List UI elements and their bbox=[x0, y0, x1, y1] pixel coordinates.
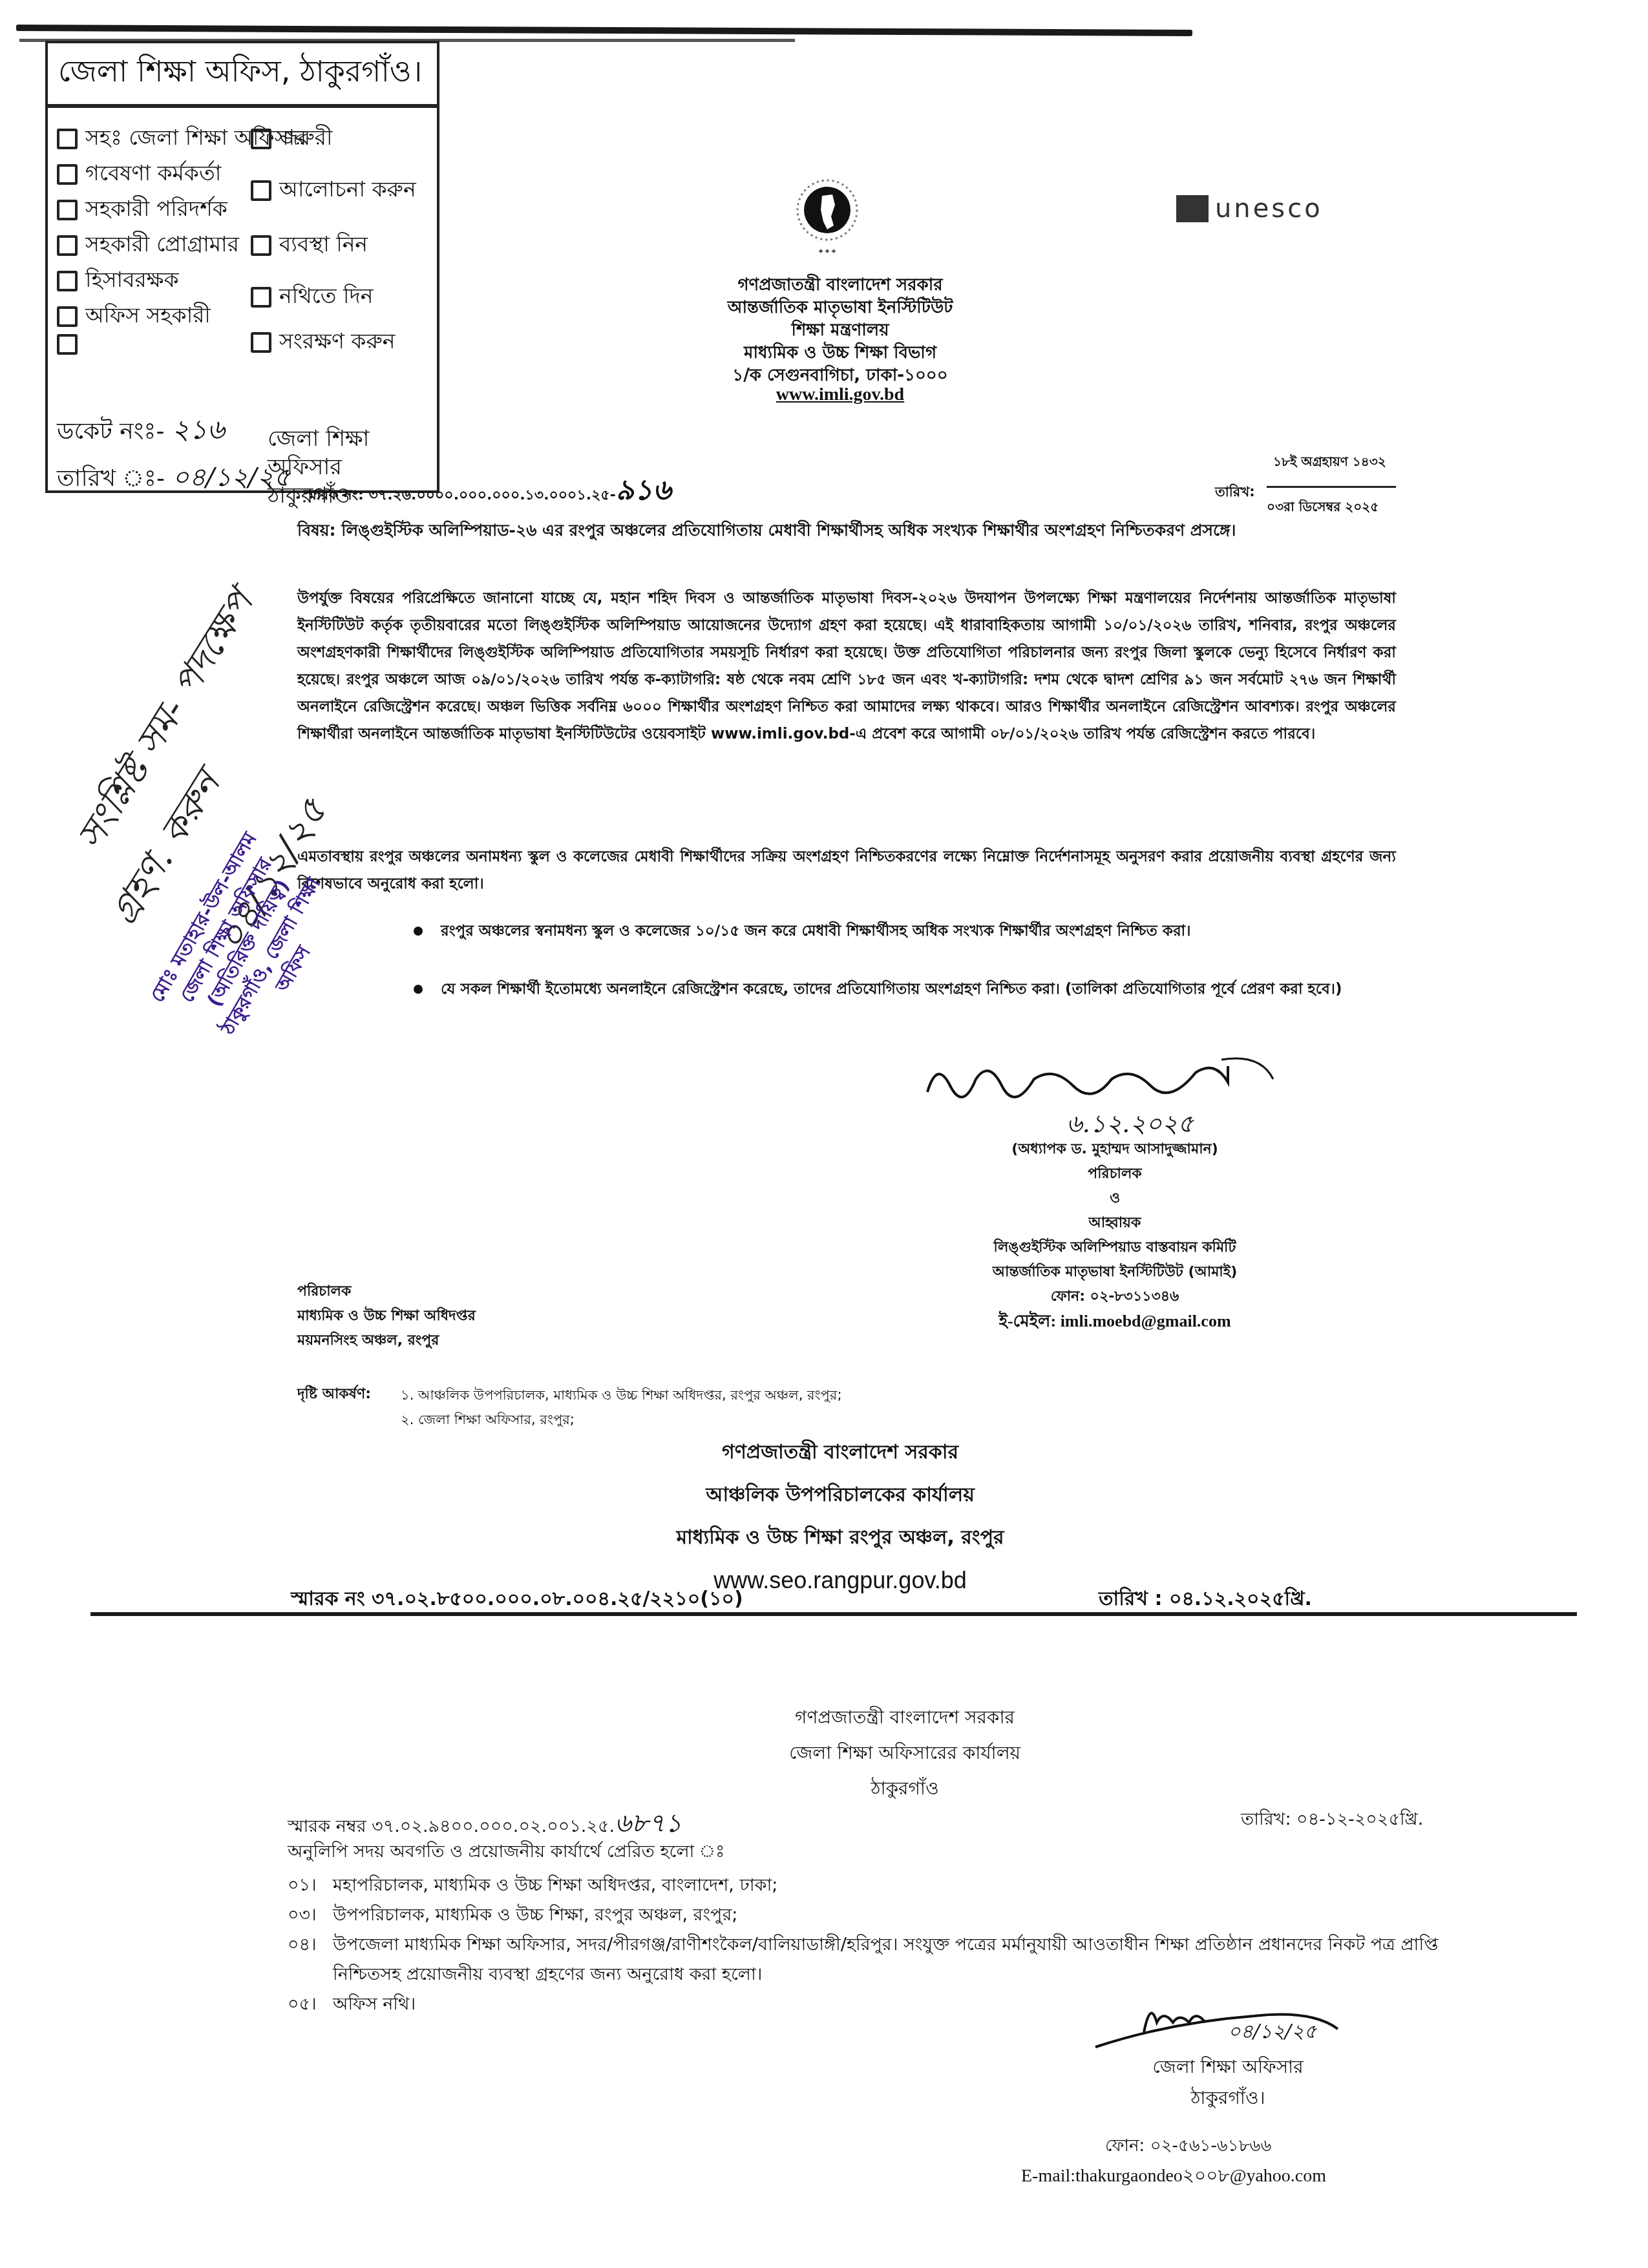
bullet-item: রংপুর অঞ্চলের স্বনামধন্য স্কুল ও কলেজের … bbox=[414, 918, 1396, 945]
bullet-icon bbox=[414, 985, 423, 994]
checkbox-icon[interactable] bbox=[57, 306, 78, 327]
top-border-rule bbox=[16, 25, 1192, 36]
thakurgaon-date: তারিখ: ০৪-১২-২০২৫খ্রি. bbox=[1241, 1806, 1423, 1835]
imli-date-label: তারিখ: bbox=[1215, 481, 1255, 504]
checklist-item[interactable]: সহকারী পরিদর্শক bbox=[57, 192, 227, 228]
checklist-item[interactable]: জরুরী bbox=[251, 121, 332, 157]
checkbox-icon[interactable] bbox=[57, 129, 78, 149]
letter-paragraph-1: উপর্যুক্ত বিষয়ের পরিপ্রেক্ষিতে জানানো য… bbox=[297, 585, 1396, 748]
checkbox-icon[interactable] bbox=[251, 235, 271, 256]
checklist-item[interactable]: গবেষণা কর্মকর্তা bbox=[57, 156, 221, 193]
checklist-item[interactable]: নথিতে দিন bbox=[251, 279, 374, 315]
diary-stamp-title: জেলা শিক্ষা অফিস, ঠাকুরগাঁও। bbox=[48, 43, 437, 108]
checkbox-icon[interactable] bbox=[57, 235, 78, 256]
svg-text:✦✦✦: ✦✦✦ bbox=[818, 247, 837, 256]
section-divider bbox=[90, 1612, 1577, 1616]
rangpur-header: গণপ্রজাতন্ত্রী বাংলাদেশ সরকার আঞ্চলিক উপ… bbox=[517, 1431, 1163, 1602]
letter-paragraph-2: এমতাবস্থায় রংপুর অঞ্চলের অনামধন্য স্কুল… bbox=[297, 843, 1396, 898]
bangladesh-emblem-icon: ✦✦✦ bbox=[795, 171, 860, 268]
recipient-block: পরিচালক মাধ্যমিক ও উচ্চ শিক্ষা অধিদপ্তর … bbox=[297, 1279, 476, 1353]
copy-list-item: ০৩।উপপরিচালক, মাধ্যমিক ও উচ্চ শিক্ষা, রং… bbox=[288, 1900, 1503, 1930]
docket-date: তারিখ ঃ- ০৪/১২/২৫ bbox=[57, 457, 290, 500]
copy-list-item: ০১।মহাপরিচালক, মাধ্যমিক ও উচ্চ শিক্ষা অধ… bbox=[288, 1871, 1503, 1900]
imli-memo-number: স্মারক নং: ৩৭.২৬.০০০০.০০০.০০০.১৩.০০০১.২৫… bbox=[304, 468, 671, 516]
copy-intro: অনুলিপি সদয় অবগতি ও প্রয়োজনীয় কার্যার… bbox=[288, 1838, 725, 1867]
docket-number: ডকেট নংঃ- ২১৬ bbox=[57, 408, 225, 454]
unesco-logo: unesco bbox=[1176, 194, 1323, 224]
copy-list-item: ০৪।উপজেলা মাধ্যমিক শিক্ষা অফিসার, সদর/পী… bbox=[288, 1930, 1503, 1990]
checkbox-icon[interactable] bbox=[251, 129, 271, 149]
checklist-item[interactable]: সংরক্ষণ করুন bbox=[251, 324, 395, 361]
deo-email[interactable]: E-mail:thakurgaondeo২০০৮@yahoo.com bbox=[1021, 2161, 1326, 2192]
director-signature-icon bbox=[924, 1053, 1286, 1105]
attention-list: ১. আঞ্চলিক উপপরিচালক, মাধ্যমিক ও উচ্চ শি… bbox=[401, 1383, 842, 1432]
letterhead-website[interactable]: www.imli.gov.bd bbox=[646, 384, 1034, 405]
letter-subject: বিষয়: লিঙ্গুইস্টিক অলিম্পিয়াড-২৬ এর রং… bbox=[297, 517, 1396, 544]
checkbox-icon[interactable] bbox=[57, 271, 78, 291]
checklist-item[interactable]: সহকারী প্রোগ্রামার bbox=[57, 227, 239, 264]
rangpur-date: তারিখ : ০৪.১২.২০২৫খ্রি. bbox=[1099, 1583, 1312, 1616]
diary-stamp: জেলা শিক্ষা অফিস, ঠাকুরগাঁও। সহঃ জেলা শি… bbox=[45, 41, 439, 493]
deo-phone: ফোন: ০২-৫৬১-৬১৮৬৬ bbox=[1105, 2132, 1271, 2161]
checkbox-icon[interactable] bbox=[251, 332, 271, 353]
checkbox-icon[interactable] bbox=[57, 200, 78, 220]
deo-signatory-block: জেলা শিক্ষা অফিসার ঠাকুরগাঁও। bbox=[1112, 2052, 1344, 2114]
checklist-item[interactable] bbox=[57, 334, 85, 355]
attention-label: দৃষ্টি আকর্ষণ: bbox=[297, 1383, 371, 1407]
imli-date-bangla: ১৮ই অগ্রহায়ণ ১৪৩২ bbox=[1273, 452, 1386, 474]
checkbox-icon[interactable] bbox=[57, 334, 78, 355]
imli-date-english: ০৩রা ডিসেম্বর ২০২৫ bbox=[1267, 498, 1379, 519]
bullet-item: যে সকল শিক্ষার্থী ইতোমধ্যে অনলাইনে রেজিস… bbox=[414, 976, 1396, 1003]
checkbox-icon[interactable] bbox=[251, 180, 271, 201]
checklist-item[interactable]: অফিস সহকারী bbox=[57, 299, 211, 335]
bullet-icon bbox=[414, 927, 423, 936]
deo-signature-date: ০৪/১২/২৫ bbox=[1228, 2016, 1316, 2049]
checklist-item[interactable]: হিসাবরক্ষক bbox=[57, 263, 179, 299]
checkbox-icon[interactable] bbox=[57, 164, 78, 185]
unesco-temple-icon bbox=[1176, 195, 1209, 222]
checklist-item[interactable]: ব্যবস্থা নিন bbox=[251, 227, 368, 264]
rangpur-memo-number: স্মারক নং ৩৭.০২.৮৫০০.০০০.০৮.০০৪.২৫/২২১০(… bbox=[291, 1583, 743, 1616]
checkbox-icon[interactable] bbox=[251, 287, 271, 308]
imli-signatory-block: (অধ্যাপক ড. মুহাম্মদ আসাদুজ্জামান) পরিচা… bbox=[905, 1137, 1325, 1334]
checklist-item[interactable]: আলোচনা করুন bbox=[251, 173, 416, 209]
date-divider bbox=[1267, 486, 1396, 488]
thakurgaon-header: গণপ্রজাতন্ত্রী বাংলাদেশ সরকার জেলা শিক্ষ… bbox=[582, 1699, 1228, 1806]
